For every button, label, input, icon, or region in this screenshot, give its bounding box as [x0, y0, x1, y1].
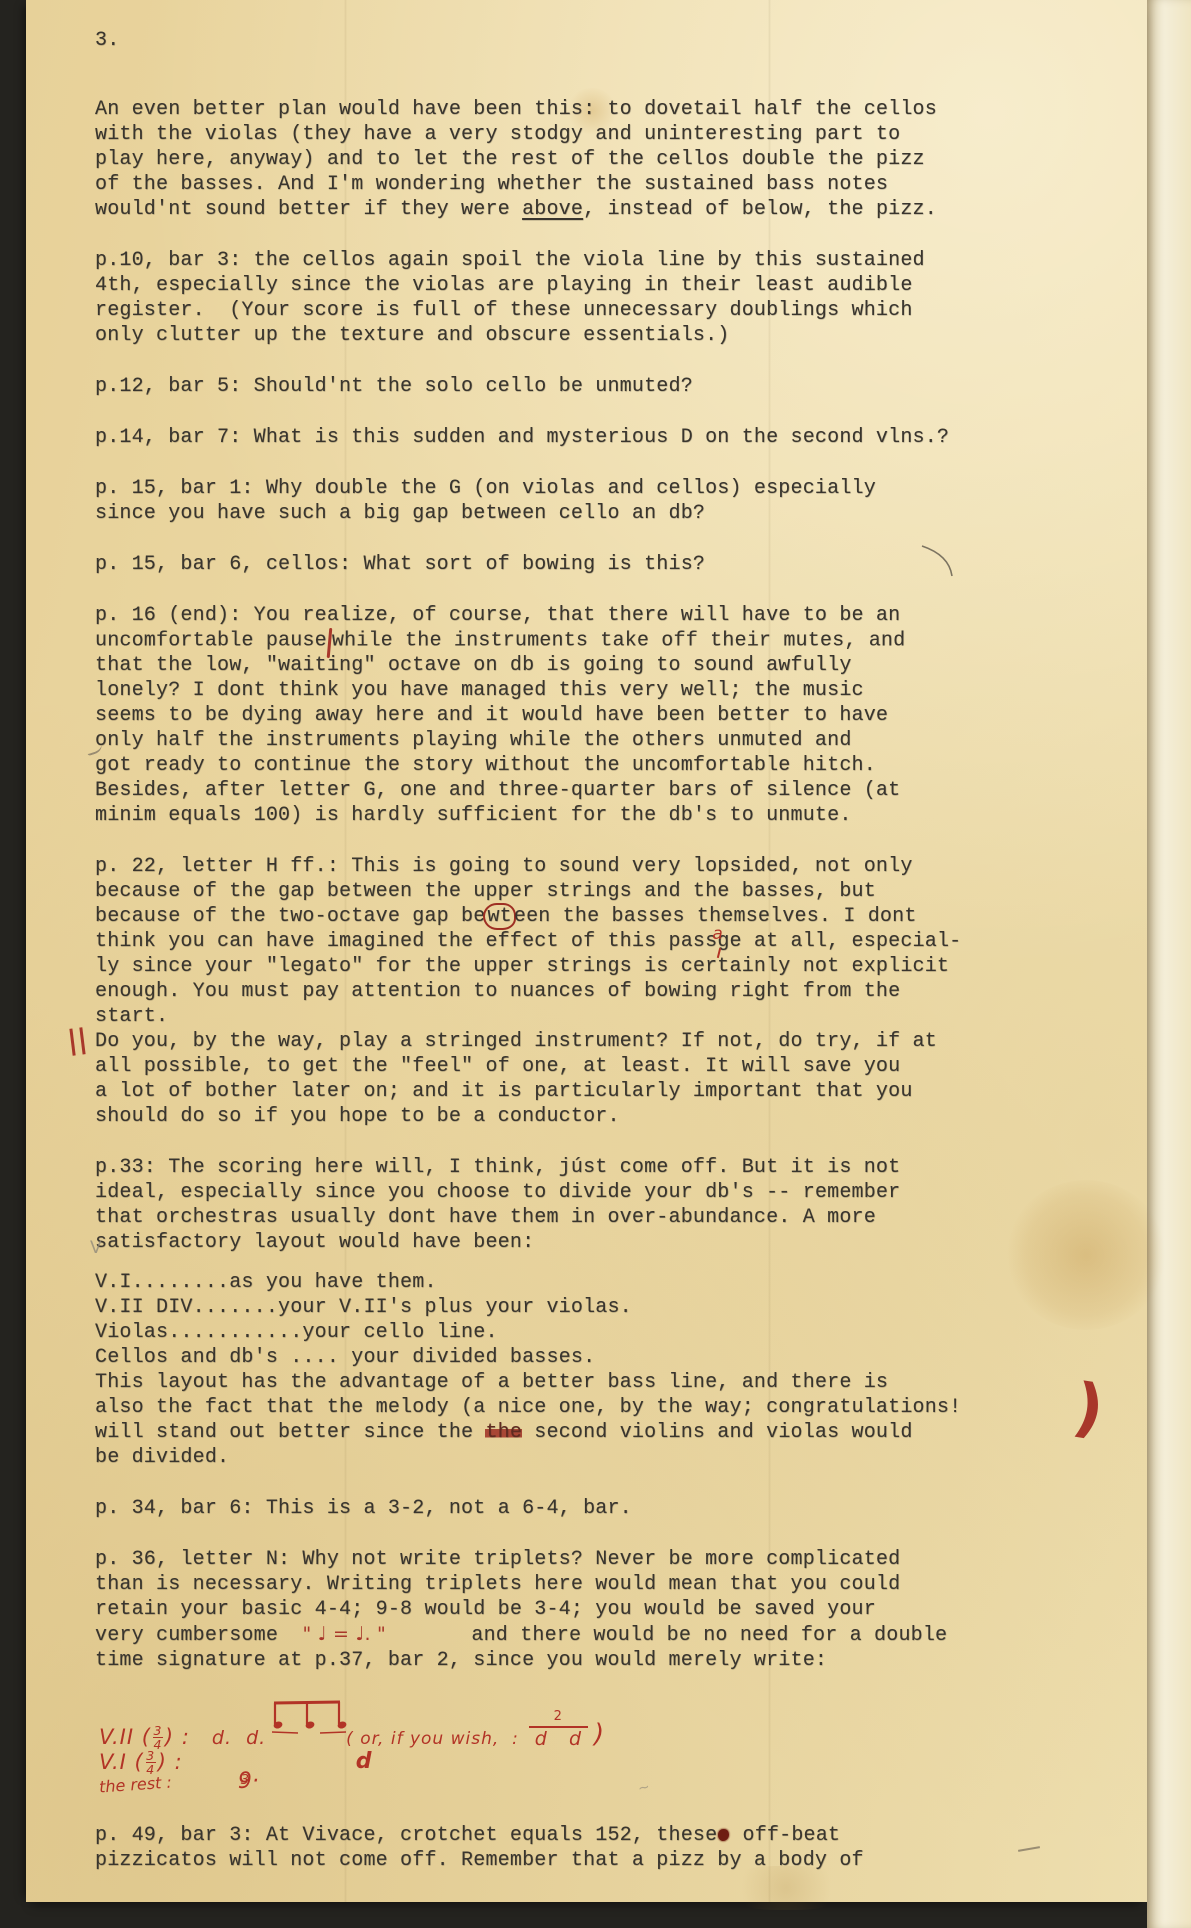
page-number-text: 3. — [95, 28, 1123, 53]
text-line: got ready to continue the story without … — [95, 753, 1123, 778]
text-line: This layout has the advantage of a bette… — [95, 1370, 1123, 1395]
text-line: p.12, bar 5: Should'nt the solo cello be… — [95, 374, 1123, 399]
scanned-letter-page: 3. An even better plan would have been t… — [0, 0, 1191, 1928]
text-line: 4th, especially since the violas are pla… — [95, 273, 1123, 298]
text-line: ideal, especially since you choose to di… — [95, 1180, 1123, 1205]
note-p36-letter-n: p. 36, letter N: Why not write triplets?… — [95, 1547, 1123, 1673]
typed-letter-content: 3. An even better plan would have been t… — [26, 0, 1147, 1873]
rest-symbol: 9· — [238, 1769, 259, 1794]
text-line: because of the two-octave gap bewteen th… — [95, 904, 1123, 929]
red-circle-annotation: wt — [483, 903, 515, 930]
text-line: uncomfortable pausewhile the instruments… — [95, 628, 1123, 653]
red-paragraph-mark — [69, 1028, 85, 1056]
text-line: ly since your "legato" for the upper str… — [95, 954, 1123, 979]
text-line: p. 15, bar 6, cellos: What sort of bowin… — [95, 552, 1123, 577]
text-line: enough. You must pay attention to nuance… — [95, 979, 1123, 1004]
text-line: only clutter up the texture and obscure … — [95, 323, 1123, 348]
note-p16-end: p. 16 (end): You realize, of course, tha… — [95, 603, 1123, 828]
text-line: think you can have imagined the effect o… — [95, 929, 1123, 954]
rest-label: the rest : — [98, 1773, 172, 1797]
text-line: Besides, after letter G, one and three-q… — [95, 778, 1123, 803]
text-line: p. 49, bar 3: At Vivace, crotchet equals… — [95, 1823, 1123, 1848]
time-signature: 34 — [153, 1725, 163, 1751]
text-line: very cumbersome " ♩ = ♩. " and there wou… — [95, 1622, 1123, 1648]
text-line: Violas...........your cello line. — [95, 1320, 1123, 1345]
red-strikethrough-word: the — [485, 1421, 522, 1444]
half-note: d — [356, 1749, 372, 1774]
paper: 3. An even better plan would have been t… — [26, 0, 1147, 1902]
closing-paren: ) — [594, 1719, 605, 1749]
text-line: play here, anyway) and to let the rest o… — [95, 147, 1123, 172]
text-line: p. 15, bar 1: Why double the G (on viola… — [95, 476, 1123, 501]
pencil-curve-mark — [918, 544, 958, 582]
underlined-word: above — [522, 198, 583, 221]
text-line: An even better plan would have been this… — [95, 97, 1123, 122]
note-p34-bar6: p. 34, bar 6: This is a 3-2, not a 6-4, … — [95, 1496, 1123, 1521]
note-p15-bar1: p. 15, bar 1: Why double the G (on viola… — [95, 476, 1123, 526]
text-line: should do so if you hope to be a conduct… — [95, 1104, 1123, 1129]
text-line: p.14, bar 7: What is this sudden and mys… — [95, 425, 1123, 450]
music-line-v2: V.II (34) : d. d. ( or, if you wish, : 2… — [99, 1719, 605, 1749]
layout-list: V.I........as you have them.V.II DIV....… — [95, 1270, 1123, 1470]
note-p49-bar3: p. 49, bar 3: At Vivace, crotchet equals… — [95, 1823, 1123, 1873]
text-line: minim equals 100) is hardly sufficient f… — [95, 803, 1123, 828]
text-line: p. 34, bar 6: This is a 3-2, not a 6-4, … — [95, 1496, 1123, 1521]
text-line: a lot of bother later on; and it is part… — [95, 1079, 1123, 1104]
text-line: p. 36, letter N: Why not write triplets?… — [95, 1547, 1123, 1572]
text-line: satisfactory layout would have been: — [95, 1230, 1123, 1255]
text-line: with the violas (they have a very stodgy… — [95, 122, 1123, 147]
para-even-better-plan: An even better plan would have been this… — [95, 97, 1123, 222]
text-line: time signature at p.37, bar 2, since you… — [95, 1648, 1123, 1673]
text-line: of the basses. And I'm wondering whether… — [95, 172, 1123, 197]
text-line: because of the gap between the upper str… — [95, 879, 1123, 904]
page-number: 3. — [95, 28, 1123, 53]
text-line: V.I........as you have them. — [95, 1270, 1123, 1295]
note-p33: p.33: The scoring here will, I think, jú… — [95, 1155, 1123, 1255]
text-line: pizzicatos will not come off. Remember t… — [95, 1848, 1123, 1873]
text-line: that the low, "waiting" octave on db is … — [95, 653, 1123, 678]
red-deletion-blob — [718, 1829, 729, 1841]
text-line: be divided. — [95, 1445, 1123, 1470]
note-p22-letter-h: p. 22, letter H ff.: This is going to so… — [95, 854, 1123, 1129]
text-line: than is necessary. Writing triplets here… — [95, 1572, 1123, 1597]
text-line: Cellos and db's .... your divided basses… — [95, 1345, 1123, 1370]
handwritten-music-example: V.I (34) : 3 d — [95, 1677, 1123, 1795]
duplet-number: 2 — [554, 1709, 562, 1724]
text-line: would'nt sound better if they were above… — [95, 197, 1123, 222]
note-p15-bar6: p. 15, bar 6, cellos: What sort of bowin… — [95, 552, 1123, 577]
text-line: V.II DIV.......your V.II's plus your vio… — [95, 1295, 1123, 1320]
note-p10-bar3: p.10, bar 3: the cellos again spoil the … — [95, 248, 1123, 348]
adjacent-page-edge — [1147, 0, 1191, 1928]
duplet-notes: 2d d — [529, 1726, 588, 1750]
text-line: p. 16 (end): You realize, of course, tha… — [95, 603, 1123, 628]
text-line: p.33: The scoring here will, I think, jú… — [95, 1155, 1123, 1180]
text-line: lonely? I dont think you have managed th… — [95, 678, 1123, 703]
text-line: since you have such a big gap between ce… — [95, 501, 1123, 526]
text-line: p. 22, letter H ff.: This is going to so… — [95, 854, 1123, 879]
red-tempo-equation: " ♩ = ♩. " — [302, 1623, 386, 1645]
text-line: retain your basic 4-4; 9-8 would be 3-4;… — [95, 1597, 1123, 1622]
note-p14-bar7: p.14, bar 7: What is this sudden and mys… — [95, 425, 1123, 450]
note-p12-bar5: p.12, bar 5: Should'nt the solo cello be… — [95, 374, 1123, 399]
music-line-rest: the rest : 9· — [99, 1769, 259, 1794]
text-line: start. — [95, 1004, 1123, 1029]
text-line: will stand out better since the the seco… — [95, 1420, 1123, 1445]
text-line: seems to be dying away here and it would… — [95, 703, 1123, 728]
text-line: Do you, by the way, play a stringed inst… — [95, 1029, 1123, 1054]
text-line: only half the instruments playing while … — [95, 728, 1123, 753]
text-line: all possible, to get the "feel" of one, … — [95, 1054, 1123, 1079]
pencil-v-mark: V — [90, 1238, 102, 1258]
text-line: register. (Your score is full of these u… — [95, 298, 1123, 323]
text-line: also the fact that the melody (a nice on… — [95, 1395, 1123, 1420]
alternative-notation-text: ( or, if you wish, : — [346, 1729, 519, 1749]
text-line: that orchestras usually dont have them i… — [95, 1205, 1123, 1230]
dotted-notes: d. d. — [212, 1727, 266, 1749]
text-line: p.10, bar 3: the cellos again spoil the … — [95, 248, 1123, 273]
